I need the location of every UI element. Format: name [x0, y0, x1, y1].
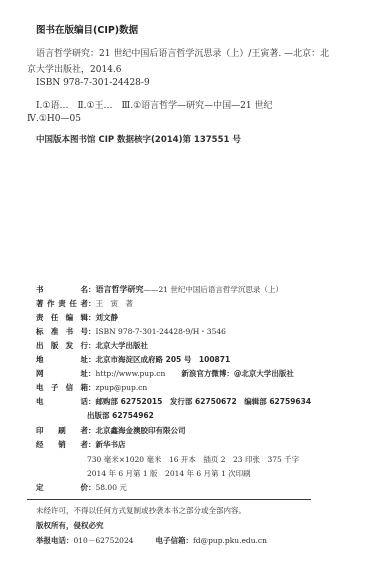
report-contact: 举报电话：010－62752024电子信箱：fd@pup.pku.edu.cn — [36, 535, 267, 546]
detail-row-format: 730 毫米×1020 毫米 16 开本 插页 2 23 印张 375 千字 — [87, 454, 299, 465]
detail-row-website: 网址：http://www.pup.cn新浪官方微博：@北京大学出版社 — [36, 368, 294, 379]
detail-label: 著作责任者 — [36, 298, 88, 309]
cip-isbn: ISBN 978-7-301-24428-9 — [36, 78, 150, 88]
detail-value: 730 毫米×1020 毫米 16 开本 插页 2 23 印张 375 千字 — [87, 455, 299, 464]
detail-value: 出版部 62754962 — [87, 411, 154, 420]
detail-row-phone-2: 出版部 62754962 — [87, 410, 154, 421]
weibo-value: @北京大学出版社 — [234, 369, 294, 378]
detail-value: 北京鑫海金澳胶印有限公司 — [96, 426, 186, 435]
report-phone: 010－62752024 — [74, 536, 134, 545]
detail-row-printer: 印刷者：北京鑫海金澳胶印有限公司 — [36, 425, 186, 436]
email-label: 电子信箱： — [156, 536, 194, 545]
weibo-label: 新浪官方微博： — [181, 369, 234, 378]
detail-label: 经销者 — [36, 439, 88, 450]
detail-row-edition: 2014 年 6 月第 1 版 2014 年 6 月第 1 次印刷 — [87, 468, 251, 479]
detail-label: 地址 — [36, 354, 88, 365]
rights-reserved: 版权所有，侵权必究 — [36, 520, 104, 531]
detail-value: 新华书店 — [96, 440, 126, 449]
website-url: http://www.pup.cn — [96, 369, 166, 378]
detail-value: ISBN 978-7-301-24428-9/H・3546 — [96, 327, 226, 336]
detail-label: 责任编辑 — [36, 312, 88, 323]
cip-bibliographic-line-2: 京大学出版社，2014.6 — [27, 62, 122, 75]
detail-row-editor: 责任编辑：刘文静 — [36, 312, 118, 323]
detail-label: 电话 — [36, 396, 88, 407]
detail-label: 书名 — [36, 284, 88, 295]
report-email: fd@pup.pku.edu.cn — [193, 536, 267, 545]
detail-value: 北京市海淀区成府路 205 号 100871 — [96, 355, 231, 364]
cip-bibliographic-line-1: 语言哲学研究：21 世纪中国后语言哲学沉思录（上）/王寅著. —北京：北 — [36, 46, 329, 59]
detail-row-title: 书名：语言哲学研究——21 世纪中国后语言哲学沉思录（上） — [36, 284, 283, 295]
detail-value: 58.00 元 — [96, 483, 127, 492]
detail-value: 刘文静 — [96, 313, 119, 322]
detail-value: 邮购部 62752015 发行部 62750672 编辑部 62759634 — [96, 397, 312, 406]
detail-label: 印刷者 — [36, 425, 88, 436]
detail-label: 网址 — [36, 368, 88, 379]
detail-row-publisher: 出版发行：北京大学出版社 — [36, 340, 148, 351]
detail-row-address: 地址：北京市海淀区成府路 205 号 100871 — [36, 354, 230, 365]
detail-value: zpup@pup.cn — [96, 383, 148, 392]
book-subtitle: ——21 世纪中国后语言哲学沉思录（上） — [144, 285, 283, 294]
detail-label: 出版发行 — [36, 340, 88, 351]
detail-value: 2014 年 6 月第 1 版 2014 年 6 月第 1 次印刷 — [87, 469, 251, 478]
cip-classification-line-1: Ⅰ.①语… Ⅱ.①王… Ⅲ.①语言哲学—研究—中国—21 世纪 — [36, 98, 272, 111]
detail-row-isbn: 标准书号：ISBN 978-7-301-24428-9/H・3546 — [36, 326, 226, 337]
detail-label: 定价 — [36, 482, 88, 493]
report-label: 举报电话： — [36, 536, 74, 545]
cip-title: 图书在版编目(CIP)数据 — [36, 22, 138, 36]
detail-value: 北京大学出版社 — [96, 341, 149, 350]
detail-row-phone: 电话：邮购部 62752015 发行部 62750672 编辑部 6275963… — [36, 396, 311, 407]
detail-row-price: 定价：58.00 元 — [36, 482, 127, 493]
cip-classification-line-2: Ⅳ.①H0—05 — [27, 114, 81, 124]
cip-record-number: 中国版本图书馆 CIP 数据核字(2014)第 137551 号 — [36, 133, 241, 145]
detail-label: 标准书号 — [36, 326, 88, 337]
detail-label: 电子信箱 — [36, 382, 88, 393]
detail-row-email: 电子信箱：zpup@pup.cn — [36, 382, 147, 393]
detail-value: 王 寅 著 — [96, 299, 134, 308]
detail-row-author: 著作责任者：王 寅 著 — [36, 298, 133, 309]
book-title: 语言哲学研究 — [96, 285, 144, 294]
copyright-notice: 未经许可，不得以任何方式复制或抄袭本书之部分或全部内容。 — [36, 505, 246, 516]
divider — [27, 499, 311, 500]
detail-row-distributor: 经销者：新华书店 — [36, 439, 126, 450]
